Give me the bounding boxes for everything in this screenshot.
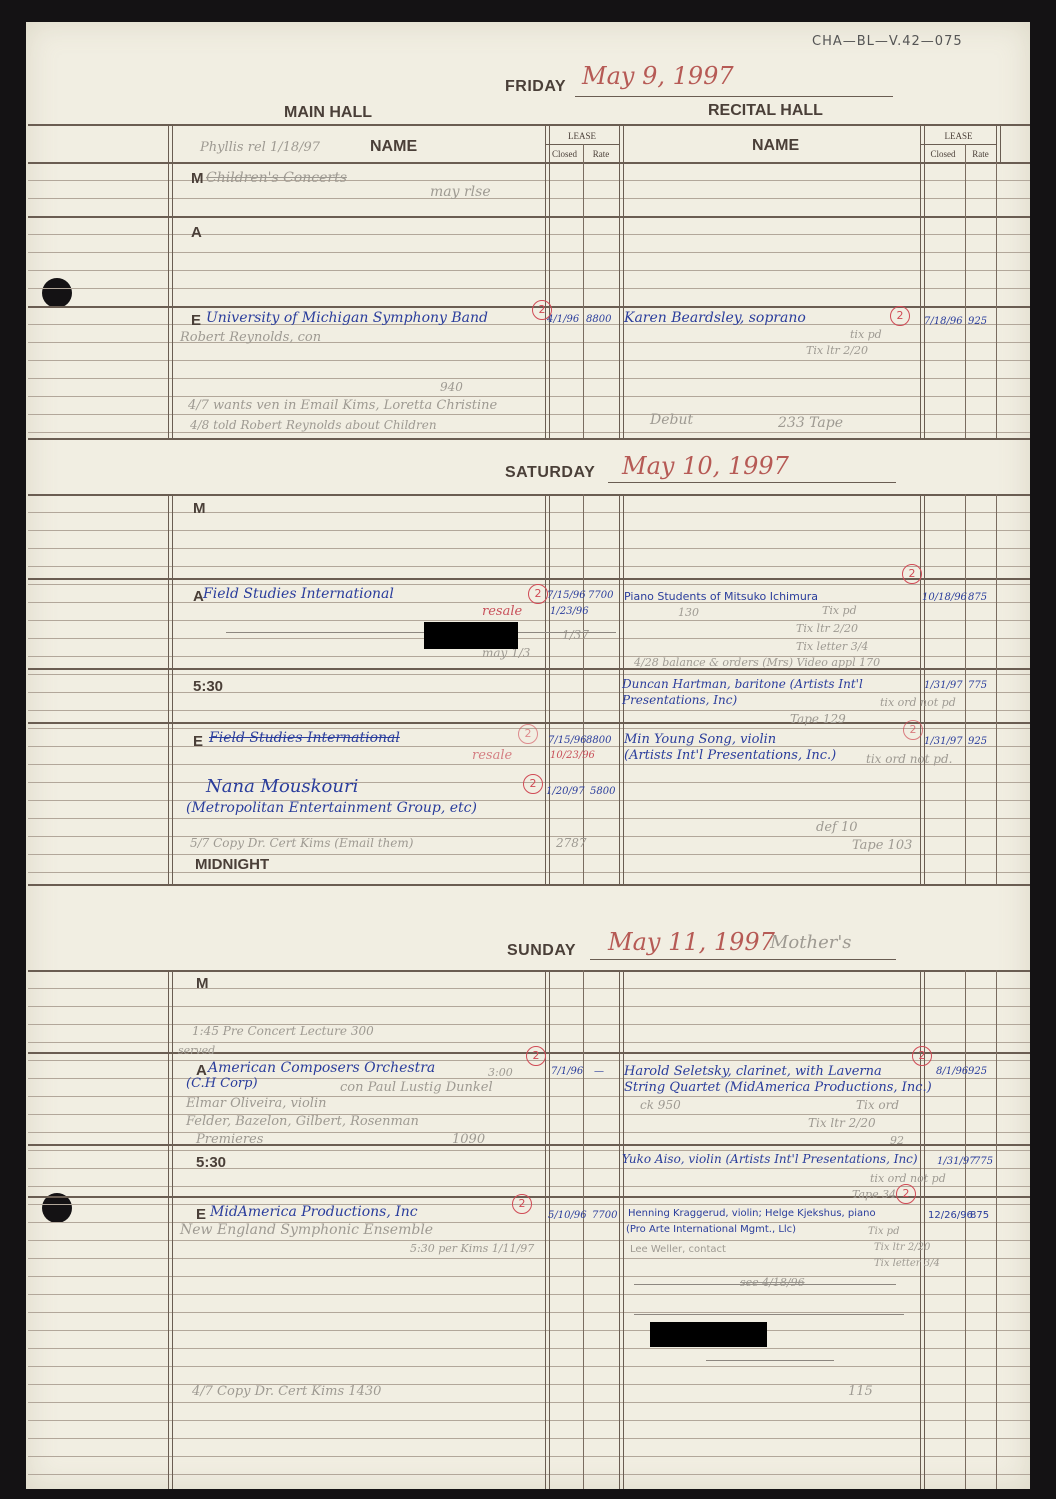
- note: Felder, Bazelon, Gilbert, Rosenman: [186, 1114, 419, 1129]
- rule: [28, 180, 1030, 181]
- note: 4/7 wants ven in Email Kims, Loretta Chr…: [188, 398, 497, 413]
- resale-tag: resale: [472, 748, 512, 763]
- rule: [28, 1366, 1030, 1367]
- note: 5:30 per Kims 1/11/97: [410, 1242, 534, 1255]
- column-rule: [996, 494, 997, 884]
- column-rule: [583, 144, 584, 162]
- rule: [921, 144, 996, 145]
- recital-hall-header: RECITAL HALL: [708, 102, 823, 120]
- note: 233 Tape: [778, 415, 843, 431]
- note: Tix ltr 2/20: [796, 622, 858, 635]
- saturday-main-evening-struck-name: Field Studies International: [209, 730, 400, 746]
- note: Premieres: [196, 1132, 263, 1147]
- rule: [28, 1294, 1030, 1295]
- rule: [28, 884, 1030, 886]
- rule: [28, 674, 1030, 675]
- sunday-main-afternoon-sub: (C.H Corp): [186, 1076, 258, 1091]
- rule: [28, 324, 1030, 325]
- saturday-main-afternoon-closed-2: 1/23/96: [550, 606, 589, 617]
- saturday-recital-530-rate: 775: [968, 680, 987, 691]
- note: served: [178, 1044, 215, 1057]
- rule: [28, 198, 1030, 199]
- note: see 4/18/96: [740, 1276, 805, 1289]
- lease-header-main: LEASE: [546, 131, 618, 141]
- closed-header-main: Closed: [546, 149, 583, 159]
- slot-e-friday: E: [191, 312, 201, 329]
- date-saturday: May 10, 1997: [622, 452, 789, 480]
- rule: [28, 1438, 1030, 1439]
- note: Tape 34: [852, 1188, 896, 1201]
- rule: [28, 970, 1030, 972]
- contract-circle: 2: [903, 720, 923, 740]
- saturday-recital-evening-name: Min Young Song, violin: [624, 732, 776, 747]
- column-rule: [168, 494, 173, 884]
- column-rule: [920, 162, 925, 438]
- slot-e-saturday: E: [193, 733, 203, 750]
- date-underline: [590, 959, 896, 960]
- rule: [28, 800, 1030, 801]
- contract-circle: 2: [512, 1194, 532, 1214]
- saturday-recital-afternoon-name: Piano Students of Mitsuko Ichimura: [624, 590, 818, 603]
- strikethrough: [226, 632, 616, 633]
- rule: [28, 620, 1030, 621]
- sunday-main-afternoon-rate: —: [594, 1066, 604, 1077]
- note: Tix letter 3/4: [796, 640, 868, 653]
- main-name-header: NAME: [370, 138, 417, 156]
- column-rule: [619, 162, 624, 438]
- sunday-main-evening-closed: 5/10/96: [548, 1210, 587, 1221]
- column-rule: [965, 144, 966, 162]
- rule: [28, 162, 1030, 164]
- saturday-main-afternoon-rate: 7700: [588, 590, 613, 601]
- rule: [28, 1186, 1030, 1187]
- column-rule: [583, 970, 584, 1489]
- column-rule: [583, 162, 584, 438]
- sunday-recital-evening-rate: 875: [970, 1210, 989, 1221]
- column-rule: [168, 124, 173, 162]
- rule: [28, 1330, 1030, 1331]
- saturday-recital-530-closed: 1/31/97: [924, 680, 963, 691]
- rule: [28, 1384, 1030, 1385]
- contract-circle: 2: [518, 724, 538, 744]
- sunday-recital-530-rate: 775: [974, 1156, 993, 1167]
- note: Debut: [650, 412, 693, 428]
- column-rule: [168, 970, 173, 1489]
- saturday-main-afternoon-name: Field Studies International: [203, 586, 394, 602]
- note: ck 950: [640, 1098, 681, 1112]
- note: 4/7 Copy Dr. Cert Kims 1430: [192, 1384, 381, 1399]
- note: tix ord not pd.: [866, 752, 952, 766]
- note: 5/7 Copy Dr. Cert Kims (Email them): [190, 836, 413, 850]
- main-hall-header: MAIN HALL: [284, 104, 372, 122]
- sunday-main-evening-sub: New England Symphonic Ensemble: [180, 1222, 433, 1238]
- rule: [28, 710, 1030, 711]
- note: 4/8 told Robert Reynolds about Children: [190, 418, 437, 432]
- rule: [28, 1456, 1030, 1457]
- slot-m-friday: M: [191, 170, 204, 187]
- rule: [28, 1024, 1030, 1025]
- sunday-main-afternoon-closed: 7/1/96: [551, 1066, 583, 1077]
- column-rule: [619, 124, 624, 162]
- note: con Paul Lustig Dunkel: [340, 1080, 493, 1095]
- contract-circle: 2: [902, 564, 922, 584]
- column-rule: [965, 162, 966, 438]
- note: Tix pd: [868, 1226, 900, 1237]
- note: 1:45 Pre Concert Lecture 300: [192, 1024, 374, 1038]
- note: 2787: [556, 836, 587, 850]
- rule: [28, 1312, 1030, 1313]
- redaction: [424, 622, 518, 649]
- sunday-main-evening-rate: 7700: [592, 1210, 617, 1221]
- resale-tag: resale: [482, 604, 522, 619]
- rule: [28, 988, 1030, 989]
- date-sunday: May 11, 1997: [608, 928, 775, 956]
- strikethrough: [634, 1314, 904, 1315]
- strikethrough: [706, 1360, 834, 1361]
- note: Tix pd: [822, 604, 857, 617]
- column-rule: [996, 162, 997, 438]
- note: Tape 103: [852, 838, 912, 853]
- rule: [28, 1222, 1030, 1223]
- rule: [28, 1474, 1030, 1475]
- slot-530-sunday: 5:30: [196, 1154, 226, 1171]
- rule: [28, 378, 1030, 379]
- contract-circle: 2: [528, 584, 548, 604]
- rule: [28, 494, 1030, 496]
- note: tix ord not pd: [870, 1172, 946, 1185]
- rate-header-main: Rate: [583, 149, 619, 159]
- rule: [28, 342, 1030, 343]
- contract-circle: 2: [890, 306, 910, 326]
- saturday-main-evening-closed: 7/15/96: [548, 735, 587, 746]
- saturday-main-evening-rate: 8800: [586, 735, 611, 746]
- friday-recital-evening-rate: 925: [968, 316, 987, 327]
- rule: [28, 548, 1030, 549]
- column-rule: [619, 970, 624, 1489]
- friday-main-evening-closed: 4/1/96: [547, 314, 579, 325]
- rule: [28, 872, 1030, 873]
- column-rule: [583, 494, 584, 884]
- column-rule: [996, 970, 997, 1489]
- date-note-sunday: Mother's: [770, 932, 852, 953]
- rule: [28, 414, 1030, 415]
- note: 940: [440, 380, 463, 394]
- saturday-replacement-rate: 5800: [590, 786, 615, 797]
- punch-hole: [42, 278, 72, 308]
- strikethrough: [634, 1284, 896, 1285]
- contract-circle: 2: [896, 1184, 916, 1204]
- redaction: [650, 1322, 767, 1347]
- sunday-recital-afternoon-closed: 8/1/96: [936, 1066, 968, 1077]
- rule: [28, 1042, 1030, 1043]
- date-underline: [608, 482, 896, 483]
- column-rule: [545, 494, 550, 884]
- day-label-saturday: SATURDAY: [505, 464, 595, 482]
- day-label-sunday: SUNDAY: [507, 942, 576, 960]
- column-rule: [920, 124, 925, 162]
- column-rule: [545, 124, 550, 162]
- rule: [28, 124, 1030, 126]
- saturday-recital-evening-sub: (Artists Int'l Presentations, Inc.): [624, 748, 836, 763]
- note: Lee Weller, contact: [630, 1244, 726, 1255]
- rule: [28, 432, 1030, 433]
- note: Elmar Oliveira, violin: [186, 1096, 327, 1111]
- rule: [28, 530, 1030, 531]
- note: 92: [890, 1134, 904, 1147]
- slot-e-sunday: E: [196, 1206, 206, 1223]
- sunday-main-afternoon-name: American Composers Orchestra: [208, 1060, 435, 1076]
- saturday-main-evening-replacement-sub: (Metropolitan Entertainment Group, etc): [186, 800, 477, 816]
- column-rule: [965, 494, 966, 884]
- note: 3:00: [488, 1066, 513, 1079]
- rule: [28, 584, 1030, 585]
- note: tix ord not pd: [880, 696, 956, 709]
- rule: [28, 1114, 1030, 1115]
- rule: [28, 1420, 1030, 1421]
- friday-morning-entry: Children's Concerts: [206, 170, 347, 186]
- sunday-recital-evening-sub: (Pro Arte International Mgmt., Llc): [626, 1224, 796, 1235]
- saturday-recital-evening-closed: 1/31/97: [924, 736, 963, 747]
- friday-recital-evening-closed: 7/18/96: [924, 316, 963, 327]
- note: Tix ord: [856, 1098, 899, 1112]
- rule: [28, 234, 1030, 235]
- column-rule: [545, 970, 550, 1489]
- friday-main-evening-name: University of Michigan Symphony Band: [206, 310, 488, 326]
- contract-circle: 2: [526, 1046, 546, 1066]
- note: Tix ltr 2/20: [808, 1116, 876, 1130]
- saturday-recital-evening-rate: 925: [968, 736, 987, 747]
- rule: [28, 306, 1030, 308]
- sunday-recital-530-name: Yuko Aiso, violin (Artists Int'l Present…: [622, 1152, 918, 1166]
- sunday-recital-afternoon-rate: 925: [968, 1066, 987, 1077]
- rule: [28, 1150, 1030, 1151]
- rule: [28, 438, 1030, 440]
- date-friday: May 9, 1997: [582, 62, 734, 90]
- rule: [28, 566, 1030, 567]
- rule: [28, 854, 1030, 855]
- friday-recital-evening-name: Karen Beardsley, soprano: [624, 310, 806, 326]
- note: 115: [848, 1384, 873, 1399]
- date-underline: [575, 96, 893, 97]
- rule: [28, 638, 1030, 639]
- saturday-replacement-closed: 1/20/97: [546, 786, 585, 797]
- note: 4/28 balance & orders (Mrs) Video appl 1…: [634, 656, 880, 669]
- rule: [28, 1168, 1030, 1169]
- note: Tix ltr 2/20: [806, 344, 868, 357]
- saturday-recital-afternoon-closed: 10/18/96: [922, 592, 967, 603]
- saturday-main-afternoon-closed: 7/15/96: [547, 590, 586, 601]
- column-rule: [996, 124, 1001, 162]
- friday-main-evening-sub: Robert Reynolds, con: [180, 330, 321, 345]
- rule: [28, 1402, 1030, 1403]
- sunday-recital-530-closed: 1/31/97: [937, 1156, 976, 1167]
- slot-m-saturday: M: [193, 500, 206, 517]
- note: tix pd: [850, 328, 882, 341]
- rule: [28, 1276, 1030, 1277]
- sunday-main-evening-name: MidAmerica Productions, Inc: [210, 1204, 418, 1220]
- rule: [28, 512, 1030, 513]
- contract-circle: 2: [912, 1046, 932, 1066]
- column-rule: [168, 162, 173, 438]
- rule: [28, 578, 1030, 580]
- note: def 10: [816, 820, 858, 835]
- slot-m-sunday: M: [196, 975, 209, 992]
- friday-morning-note: Phyllis rel 1/18/97: [200, 140, 320, 155]
- rule: [28, 216, 1030, 218]
- recital-name-header: NAME: [752, 137, 799, 155]
- slot-a-friday: A: [191, 224, 202, 241]
- slot-midnight-saturday: MIDNIGHT: [195, 856, 269, 873]
- rule: [28, 360, 1030, 361]
- rule: [28, 1144, 1030, 1146]
- rule: [28, 746, 1030, 747]
- saturday-main-evening-replacement-name: Nana Mouskouri: [206, 776, 358, 797]
- rule: [28, 818, 1030, 819]
- rule: [28, 1006, 1030, 1007]
- saturday-main-evening-closed-2: 10/23/96: [550, 750, 595, 761]
- friday-main-evening-rate: 8800: [586, 314, 611, 325]
- rule: [28, 288, 1030, 289]
- note: Tix ltr 2/20: [874, 1242, 930, 1253]
- reference-number: CHA—BL—V.42—075: [812, 34, 963, 49]
- note: 130: [678, 606, 699, 619]
- saturday-recital-afternoon-rate: 875: [968, 592, 987, 603]
- sunday-recital-afternoon-name: Harold Seletsky, clarinet, with Laverna: [624, 1064, 882, 1079]
- note: 1/37: [562, 628, 589, 642]
- sunday-recital-evening-name: Henning Kraggerud, violin; Helge Kjekshu…: [628, 1208, 876, 1219]
- slot-530-saturday: 5:30: [193, 678, 223, 695]
- column-rule: [965, 970, 966, 1489]
- sunday-recital-afternoon-sub: String Quartet (MidAmerica Productions, …: [624, 1080, 932, 1095]
- rule: [28, 1240, 1030, 1241]
- day-label-friday: FRIDAY: [505, 78, 566, 96]
- rule: [28, 602, 1030, 603]
- saturday-recital-530-name: Duncan Hartman, baritone (Artists Int'l …: [622, 676, 922, 708]
- friday-morning-entry-note: may rlse: [430, 184, 491, 200]
- rule: [28, 836, 1030, 837]
- note: 1090: [452, 1132, 485, 1147]
- rule: [28, 252, 1030, 253]
- rule: [28, 1348, 1030, 1349]
- closed-header-recital: Closed: [921, 149, 965, 159]
- rule: [28, 1132, 1030, 1133]
- lease-header-recital: LEASE: [921, 131, 996, 141]
- note: Tix letter 3/4: [874, 1258, 940, 1269]
- rate-header-recital: Rate: [965, 149, 996, 159]
- contract-circle: 2: [523, 774, 543, 794]
- sunday-recital-evening-closed: 12/26/96: [928, 1210, 973, 1221]
- rule: [28, 270, 1030, 271]
- rule: [28, 1096, 1030, 1097]
- note: Tape 129: [790, 712, 846, 726]
- rule: [28, 396, 1030, 397]
